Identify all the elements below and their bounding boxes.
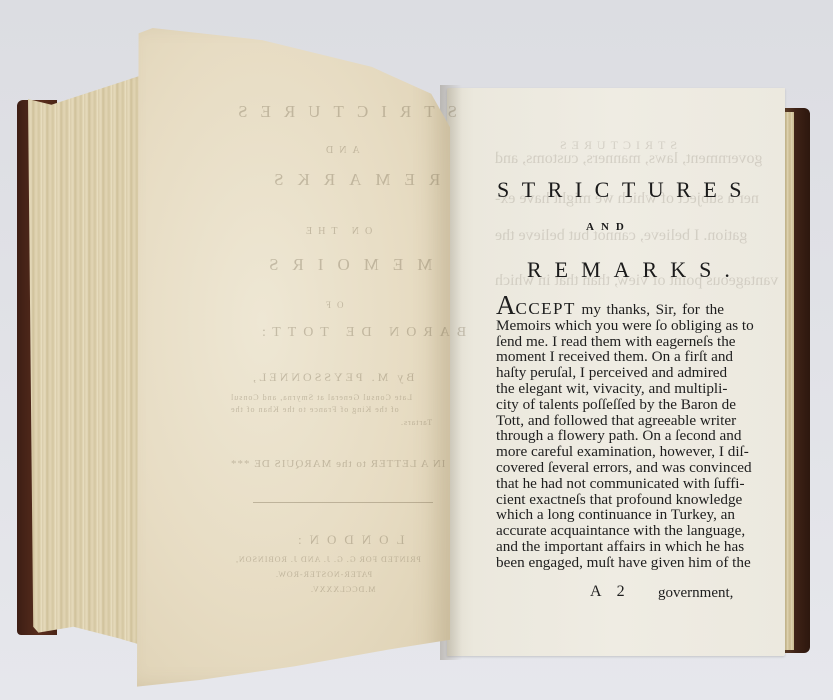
left-ghost-line: By M. PEYSSONNEL, <box>250 370 414 385</box>
left-ghost-line: IN A LETTER to the MARQUIS DE *** <box>230 458 445 470</box>
left-ghost-line: of the King of France to the Khan of the <box>230 405 399 414</box>
left-ghost-line: Late Consul General at Smyrna, and Consu… <box>230 393 412 402</box>
left-ghost-line: REMARKS <box>260 170 440 190</box>
body-line: the elegant wit, vivacity, and multipli- <box>496 381 724 397</box>
page-title-strictures: STRICTURES <box>497 177 754 203</box>
right-ghost-line: government, laws, manners, customs, and <box>495 150 763 168</box>
left-ghost-line: Tartars. <box>400 418 432 427</box>
body-line: accurate acquaintance with the language, <box>496 523 724 539</box>
left-ghost-line: M.DCCLXXXV. <box>310 585 376 594</box>
left-ghost-line: PATER-NOSTER-ROW. <box>275 570 372 579</box>
left-ghost-line: AND <box>320 145 360 156</box>
body-line: Tott, and followed that agreeable writer <box>496 413 724 429</box>
left-ghost-line: PRINTED FOR G. G. J. AND J. ROBINSON, <box>235 555 421 564</box>
body-line: cient exactneſs that profound knowledge <box>496 492 724 508</box>
body-line: ACCEPT my thanks, Sir, for the <box>496 298 724 318</box>
body-line: and the important affairs in which he ha… <box>496 539 724 555</box>
drop-cap: A <box>496 290 516 320</box>
small-caps-word: CCEPT <box>516 299 576 318</box>
body-line: that he had not communicated with ſuffi- <box>496 476 724 492</box>
left-ghost-line: OF <box>320 300 344 310</box>
left-ghost-line: STRICTURES <box>225 102 457 122</box>
left-ghost-line: LONDON: <box>290 532 405 548</box>
page-title-remarks: REMARKS. <box>527 257 743 283</box>
book-photo: STRICTURES government, laws, manners, cu… <box>0 0 833 700</box>
left-ghost-line: MEMOIRS <box>255 255 432 275</box>
body-line: ſend me. I read them with eagerneſs the <box>496 334 724 350</box>
body-line: haſty peruſal, I perceived and admired <box>496 365 724 381</box>
body-line: been engaged, muſt have given him of the <box>496 555 724 571</box>
body-paragraph: ACCEPT my thanks, Sir, for the Memoirs w… <box>496 298 724 571</box>
body-line: through a flowery path. On a ſecond and <box>496 428 724 444</box>
left-ghost-line: ON THE <box>300 226 372 237</box>
catchword: government, <box>658 585 733 602</box>
body-line: moment I received them. On a firſt and <box>496 349 724 365</box>
body-line: city of talents poſſeſſed by the Baron d… <box>496 397 724 413</box>
left-ghost-rule <box>253 502 433 503</box>
body-line: covered ſeveral errors, and was convince… <box>496 460 724 476</box>
signature-mark: A 2 <box>590 583 631 601</box>
body-line: Memoirs which you were ſo obliging as to <box>496 318 724 334</box>
body-line: which a long continuance in Turkey, an <box>496 507 724 523</box>
left-ghost-line: BARON DE TOTT: <box>255 325 466 341</box>
page-title-and: AND <box>586 221 631 233</box>
body-line: more careful examination, however, I diſ… <box>496 444 724 460</box>
